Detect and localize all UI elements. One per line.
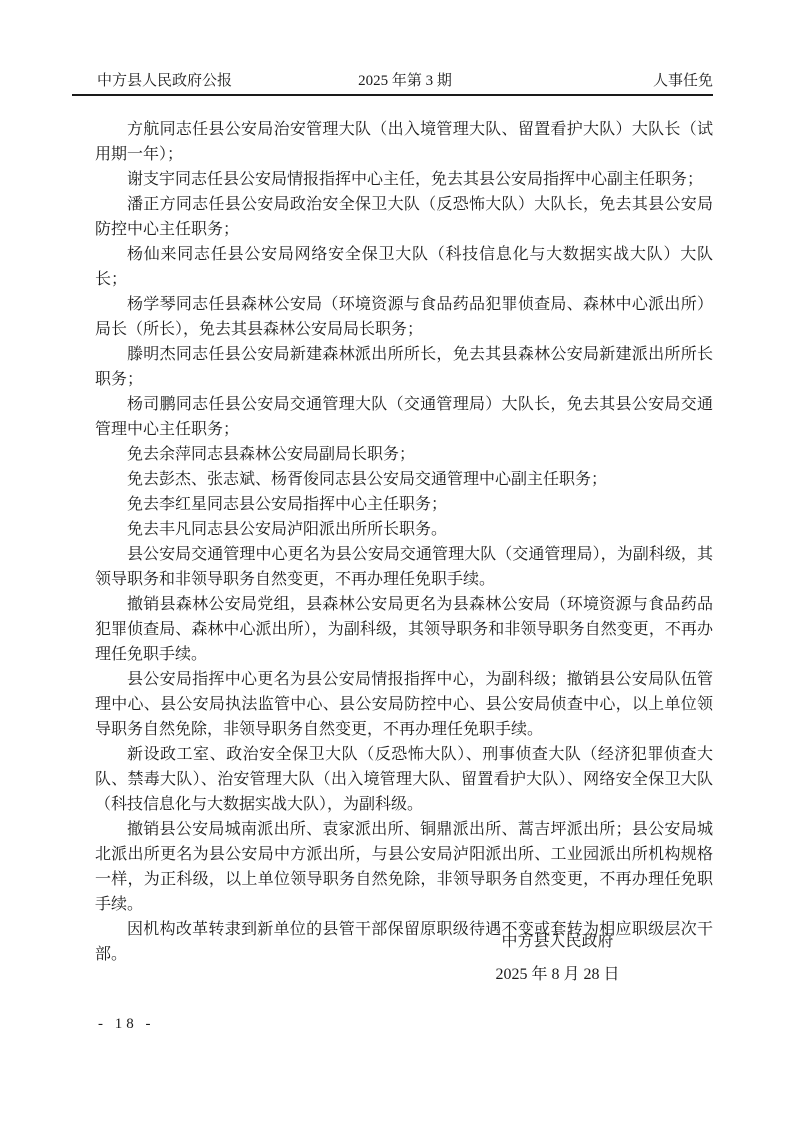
paragraph: 免去余萍同志县森林公安局副局长职务； bbox=[95, 442, 713, 467]
running-head-publication: 中方县人民政府公报 bbox=[72, 72, 358, 91]
gazette-page: 中方县人民政府公报 2025 年第 3 期 人事任免 方航同志任县公安局治安管理… bbox=[0, 0, 793, 1122]
paragraph: 新设政工室、政治安全保卫大队（反恐怖大队）、刑事侦查大队（经济犯罪侦查大队、禁毒… bbox=[95, 742, 713, 817]
paragraph: 潘正方同志任县公安局政治安全保卫大队（反恐怖大队）大队长，免去其县公安局防控中心… bbox=[95, 192, 713, 242]
paragraph: 免去丰凡同志县公安局泸阳派出所所长职务。 bbox=[95, 517, 713, 542]
paragraph: 免去李红星同志县公安局指挥中心主任职务； bbox=[95, 492, 713, 517]
signature-block: 中方县人民政府 2025 年 8 月 28 日 bbox=[480, 925, 635, 991]
paragraph: 杨司鹏同志任县公安局交通管理大队（交通管理局）大队长，免去其县公安局交通管理中心… bbox=[95, 392, 713, 442]
running-head: 中方县人民政府公报 2025 年第 3 期 人事任免 bbox=[72, 72, 713, 96]
paragraph: 县公安局指挥中心更名为县公安局情报指挥中心，为副科级；撤销县公安局队伍管理中心、… bbox=[95, 667, 713, 742]
paragraph: 谢支宇同志任县公安局情报指挥中心主任，免去其县公安局指挥中心副主任职务； bbox=[95, 167, 713, 192]
paragraph: 杨学琴同志任县森林公安局（环境资源与食品药品犯罪侦查局、森林中心派出所）局长（所… bbox=[95, 292, 713, 342]
paragraph: 方航同志任县公安局治安管理大队（出入境管理大队、留置看护大队）大队长（试用期一年… bbox=[95, 117, 713, 167]
paragraph: 免去彭杰、张志斌、杨胥俊同志县公安局交通管理中心副主任职务； bbox=[95, 467, 713, 492]
page-number: - 18 - bbox=[98, 1016, 155, 1033]
paragraph: 杨仙来同志任县公安局网络安全保卫大队（科技信息化与大数据实战大队）大队长； bbox=[95, 242, 713, 292]
running-head-section: 人事任免 bbox=[452, 72, 713, 91]
paragraph: 滕明杰同志任县公安局新建森林派出所所长，免去其县森林公安局新建派出所所长职务； bbox=[95, 342, 713, 392]
signature-date: 2025 年 8 月 28 日 bbox=[480, 958, 635, 991]
paragraph: 撤销县森林公安局党组，县森林公安局更名为县森林公安局（环境资源与食品药品犯罪侦查… bbox=[95, 592, 713, 667]
document-body: 方航同志任县公安局治安管理大队（出入境管理大队、留置看护大队）大队长（试用期一年… bbox=[95, 117, 713, 967]
paragraph: 撤销县公安局城南派出所、袁家派出所、铜鼎派出所、蒿吉坪派出所；县公安局城北派出所… bbox=[95, 817, 713, 917]
signature-issuer: 中方县人民政府 bbox=[480, 925, 635, 958]
running-head-issue: 2025 年第 3 期 bbox=[358, 72, 452, 91]
paragraph: 县公安局交通管理中心更名为县公安局交通管理大队（交通管理局），为副科级，其领导职… bbox=[95, 542, 713, 592]
